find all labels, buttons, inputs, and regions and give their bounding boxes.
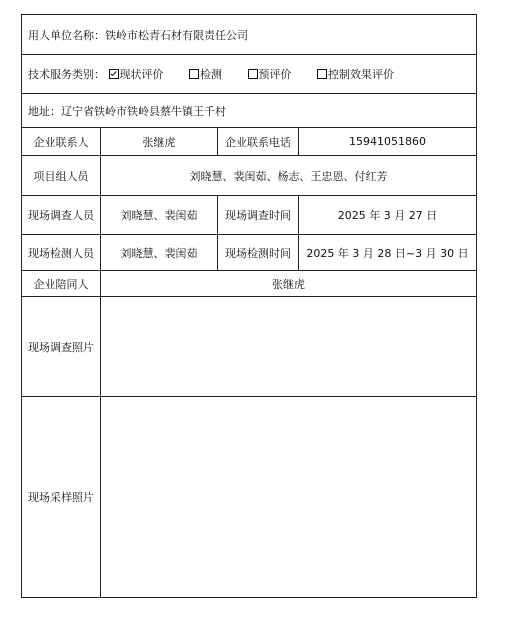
testing-row: 现场检测人员 刘晓慧、裴闺茹 现场检测时间 2025 年 3 月 28 日~3 … xyxy=(22,235,477,271)
survey-photos-row: 现场调查照片 xyxy=(22,297,477,397)
contact-row: 企业联系人 张继虎 企业联系电话 15941051860 xyxy=(22,128,477,156)
sampling-photos-label: 现场采样照片 xyxy=(22,397,101,598)
checkbox-unchecked-icon[interactable] xyxy=(317,69,327,79)
team-members: 刘晓慧、裴闺茹、杨志、王忠恩、付红芳 xyxy=(101,156,477,196)
team-label: 项目组人员 xyxy=(22,156,101,196)
service-option-testing[interactable]: 检测 xyxy=(189,68,222,81)
survey-photos-label: 现场调查照片 xyxy=(22,297,101,397)
phone-value: 15941051860 xyxy=(299,128,477,156)
team-row: 项目组人员 刘晓慧、裴闺茹、杨志、王忠恩、付红芳 xyxy=(22,156,477,196)
phone-label: 企业联系电话 xyxy=(218,128,299,156)
survey-time-label: 现场调查时间 xyxy=(218,196,299,235)
service-type-cell: 技术服务类别： 现状评价 检测 预评价 控制效果评价 xyxy=(22,55,477,94)
address-row: 地址：辽宁省铁岭市铁岭县蔡牛镇王千村 xyxy=(22,94,477,128)
contact-label: 企业联系人 xyxy=(22,128,101,156)
employer-cell: 用人单位名称：铁岭市松青石材有限责任公司 xyxy=(22,15,477,55)
checkbox-unchecked-icon[interactable] xyxy=(189,69,199,79)
testing-staff: 刘晓慧、裴闺茹 xyxy=(101,235,218,271)
testing-time-label: 现场检测时间 xyxy=(218,235,299,271)
survey-staff-label: 现场调查人员 xyxy=(22,196,101,235)
checkbox-unchecked-icon[interactable] xyxy=(248,69,258,79)
service-option-status-evaluation[interactable]: 现状评价 xyxy=(109,68,164,81)
address-cell: 地址：辽宁省铁岭市铁岭县蔡牛镇王千村 xyxy=(22,94,477,128)
sampling-photos-area xyxy=(101,397,477,598)
service-type-row: 技术服务类别： 现状评价 检测 预评价 控制效果评价 xyxy=(22,55,477,94)
service-type-label: 技术服务类别： xyxy=(28,68,105,81)
checkbox-checked-icon[interactable] xyxy=(109,69,119,79)
site-survey-form: 用人单位名称：铁岭市松青石材有限责任公司 技术服务类别： 现状评价 检测 预评价… xyxy=(21,14,477,598)
escort-name: 张继虎 xyxy=(101,271,477,297)
address-value: 辽宁省铁岭市铁岭县蔡牛镇王千村 xyxy=(61,105,226,118)
survey-staff: 刘晓慧、裴闺茹 xyxy=(101,196,218,235)
testing-time: 2025 年 3 月 28 日~3 月 30 日 xyxy=(299,235,477,271)
survey-row: 现场调查人员 刘晓慧、裴闺茹 现场调查时间 2025 年 3 月 27 日 xyxy=(22,196,477,235)
contact-name: 张继虎 xyxy=(101,128,218,156)
employer-row: 用人单位名称：铁岭市松青石材有限责任公司 xyxy=(22,15,477,55)
service-option-control-effect-evaluation[interactable]: 控制效果评价 xyxy=(317,68,394,81)
survey-photos-area xyxy=(101,297,477,397)
sampling-photos-row: 现场采样照片 xyxy=(22,397,477,598)
employer-name: 铁岭市松青石材有限责任公司 xyxy=(105,29,248,42)
testing-staff-label: 现场检测人员 xyxy=(22,235,101,271)
escort-label: 企业陪同人 xyxy=(22,271,101,297)
escort-row: 企业陪同人 张继虎 xyxy=(22,271,477,297)
address-label: 地址： xyxy=(28,105,61,118)
service-option-pre-evaluation[interactable]: 预评价 xyxy=(248,68,292,81)
employer-label: 用人单位名称： xyxy=(28,29,105,42)
survey-time: 2025 年 3 月 27 日 xyxy=(299,196,477,235)
